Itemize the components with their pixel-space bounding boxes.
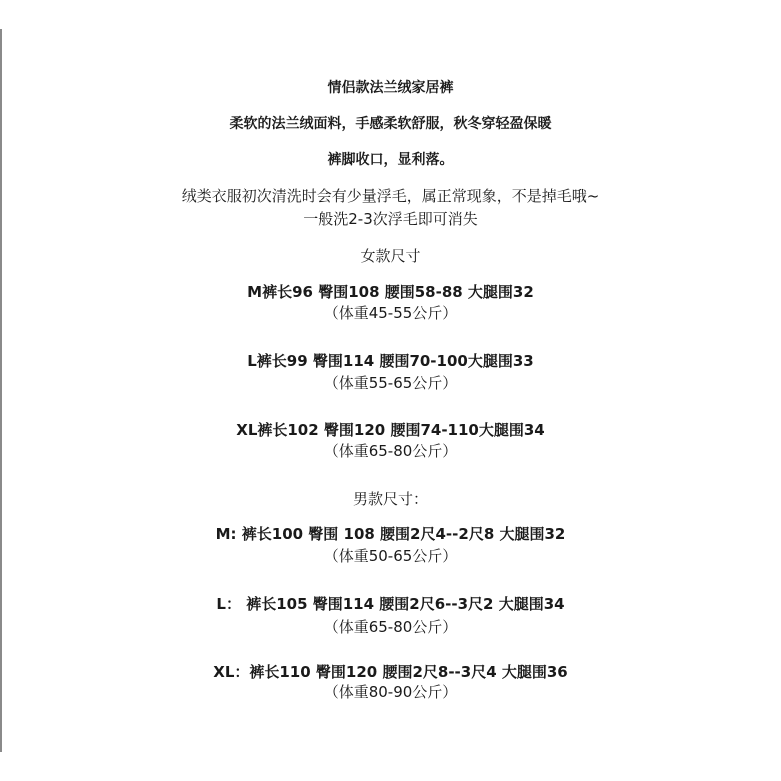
care-note-line-1: 绒类衣服初次清洗时会有少量浮毛，属正常现象，不是掉毛哦~ [0,186,781,206]
care-note-line-2: 一般洗2-3次浮毛即可消失 [0,209,781,229]
men-size-m-spec: M: 裤长100 臀围 108 腰围2尺4--2尺8 大腿围32 [0,524,781,544]
women-size-heading: 女款尺寸 [0,246,781,266]
women-size-l-weight: （体重55-65公斤） [0,373,781,393]
men-size-xl-weight: （体重80-90公斤） [0,682,781,702]
women-size-l-spec: L裤长99 臀围114 腰围70-100大腿围33 [0,351,781,371]
men-size-l-spec: L： 裤长105 臀围114 腰围2尺6--3尺2 大腿围34 [0,594,781,614]
intro-line-2: 裤脚收口，显利落。 [0,150,781,170]
men-size-heading: 男款尺寸： [0,489,781,509]
women-size-xl-weight: （体重65-80公斤） [0,441,781,461]
product-title: 情侣款法兰绒家居裤 [0,78,781,98]
men-size-l-weight: （体重65-80公斤） [0,617,781,637]
women-size-m-spec: M裤长96 臀围108 腰围58-88 大腿围32 [0,282,781,302]
men-size-m-weight: （体重50-65公斤） [0,546,781,566]
men-size-xl-spec: XL：裤长110 臀围120 腰围2尺8--3尺4 大腿围36 [0,662,781,682]
intro-line-1: 柔软的法兰绒面料，手感柔软舒服，秋冬穿轻盈保暖 [0,114,781,134]
women-size-m-weight: （体重45-55公斤） [0,303,781,323]
women-size-xl-spec: XL裤长102 臀围120 腰围74-110大腿围34 [0,420,781,440]
